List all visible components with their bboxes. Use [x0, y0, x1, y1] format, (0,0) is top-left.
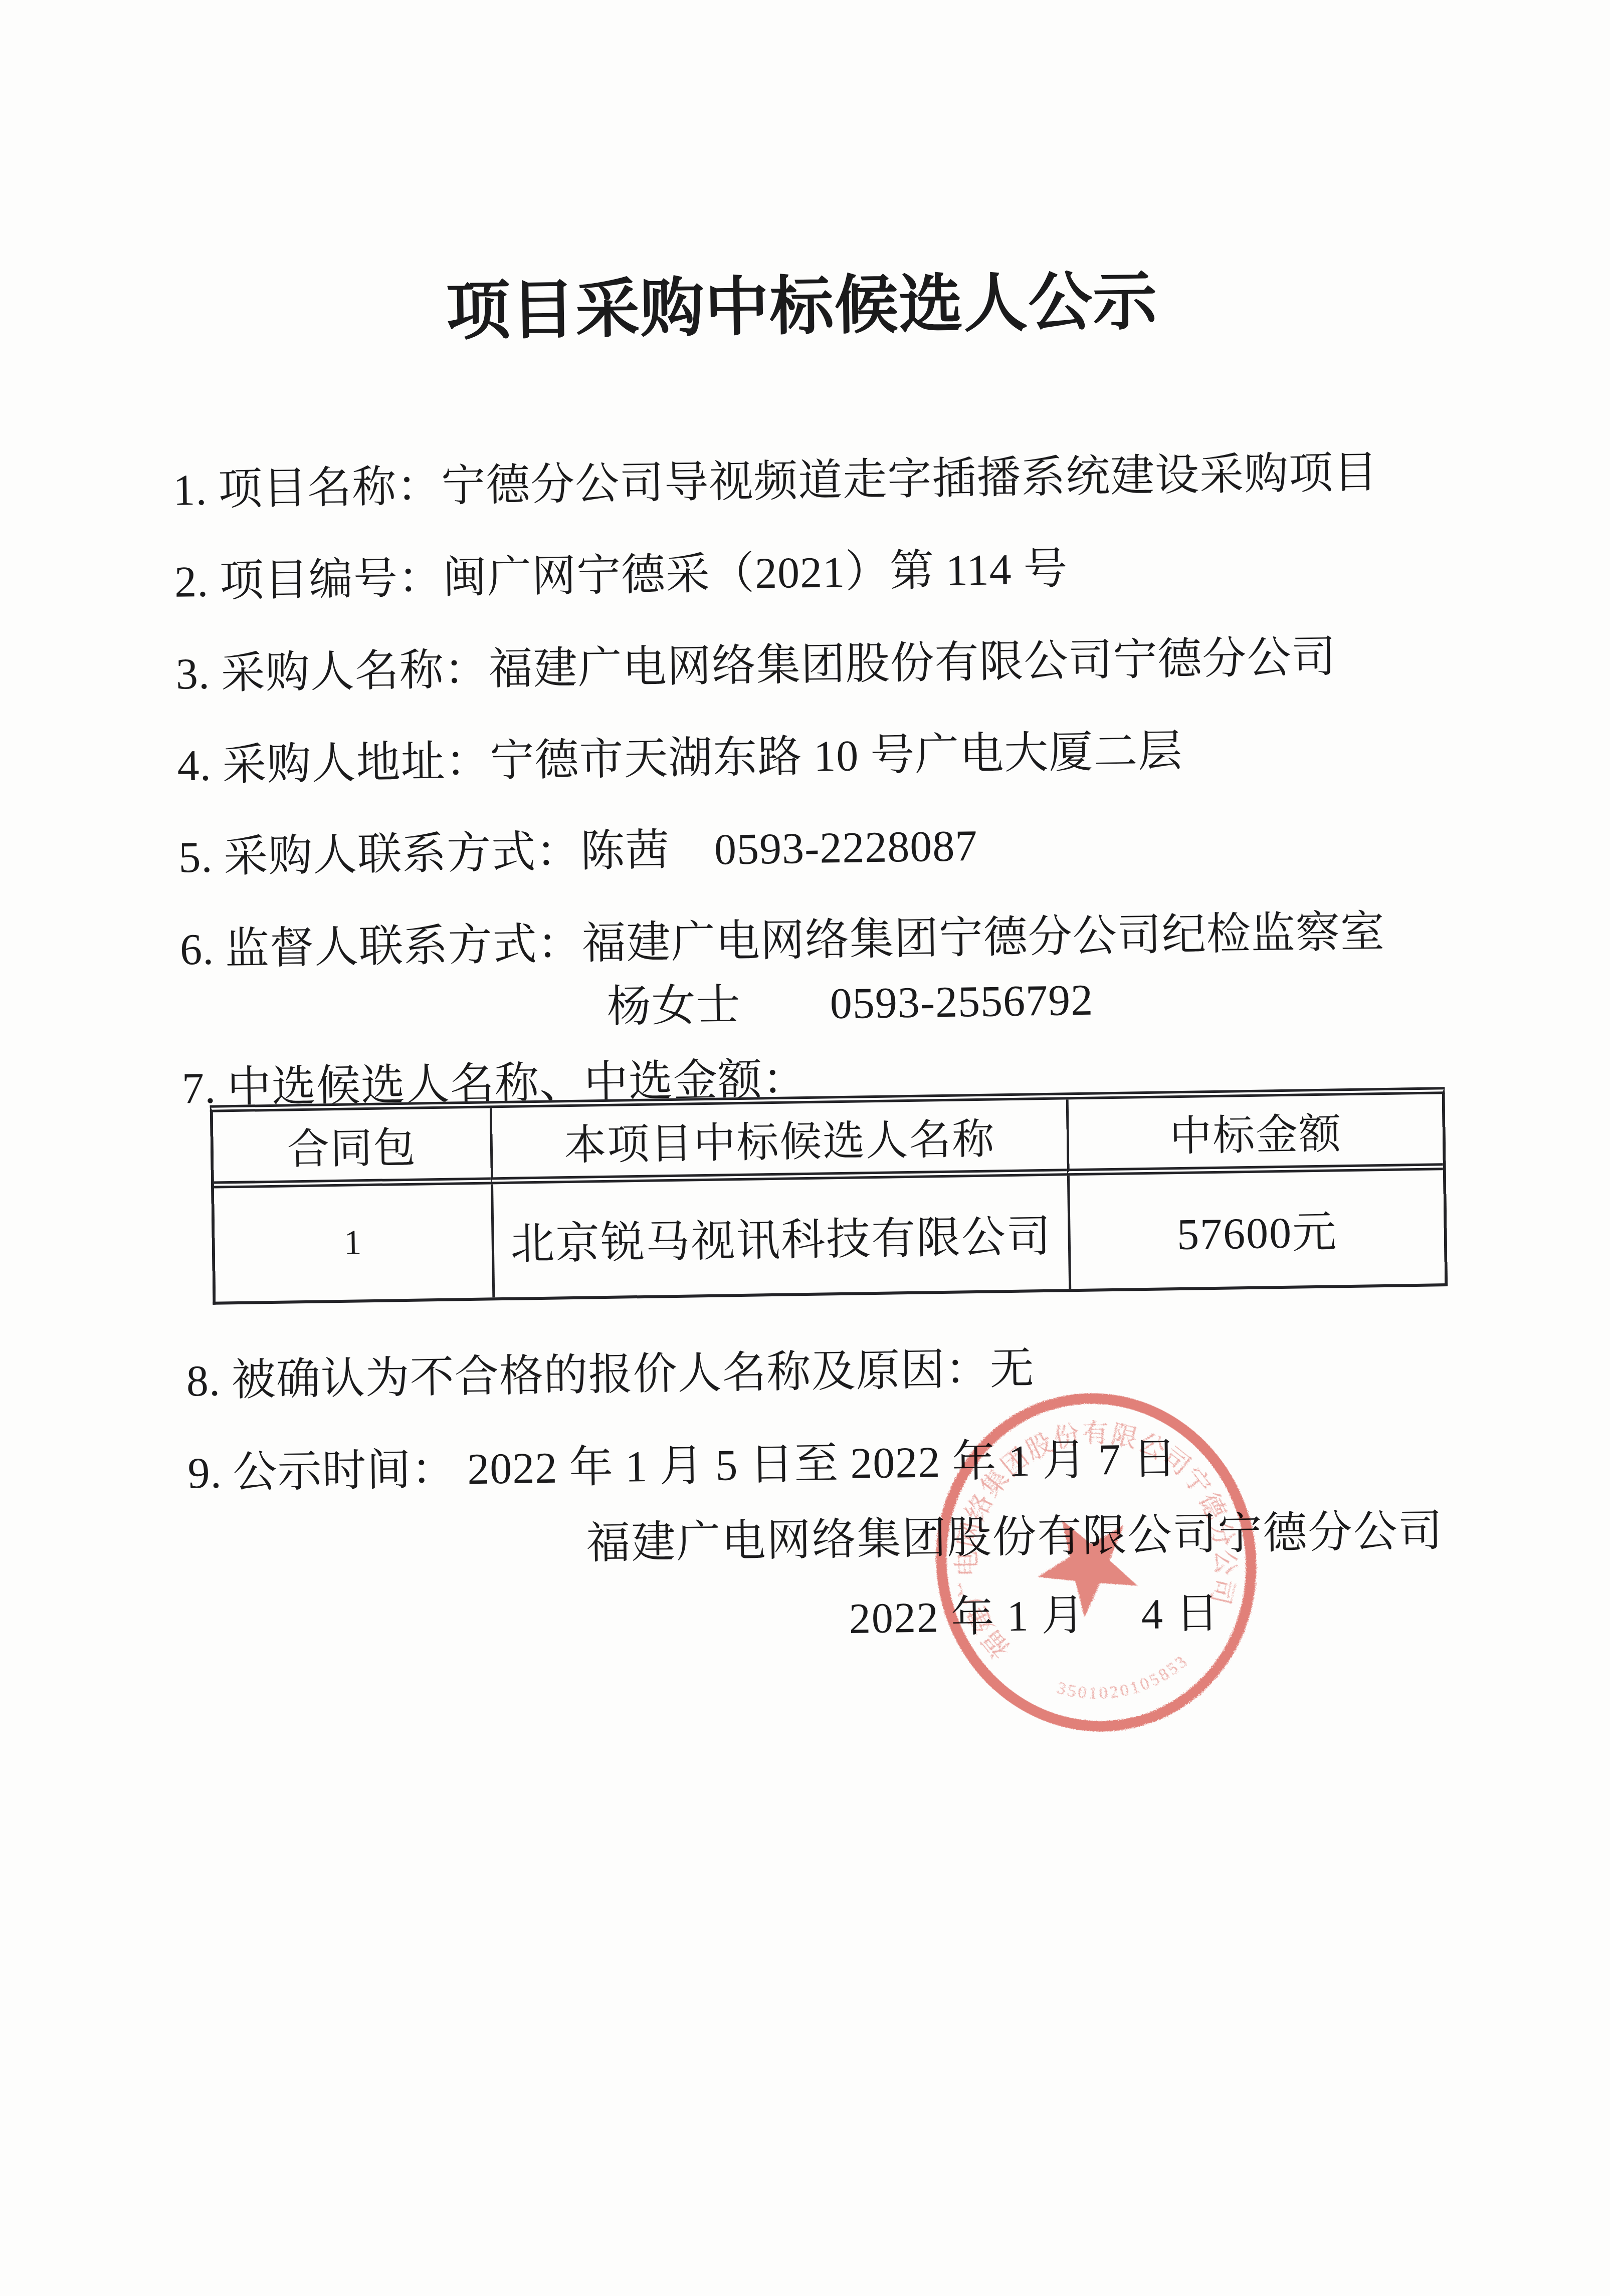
item-number: 1.: [173, 465, 208, 516]
list-item-4: 4.采购人地址：宁德市天湖东路 10 号广电大厦二层: [177, 726, 1183, 792]
item-number: 8.: [186, 1355, 221, 1407]
item-text: 项目名称：宁德分公司导视频道走字插播系统建设采购项目: [218, 448, 1378, 514]
document-page: 项目采购中标候选人公示 1.项目名称：宁德分公司导视频道走字插播系统建设采购项目…: [0, 0, 1610, 2296]
item-number: 6.: [179, 925, 214, 976]
table-header-winner: 本项目中标候选人名称: [490, 1099, 1067, 1184]
item-text: 采购人联系方式：陈茜 0593-2228087: [224, 822, 978, 881]
item-number: 2.: [174, 557, 209, 608]
star-icon: [1019, 1494, 1154, 1628]
award-table: 合同包 本项目中标候选人名称 中标金额 1 北京锐马视讯科技有限公司 57600…: [210, 1087, 1448, 1305]
item-text: 项目编号：闽广网宁德采（2021）第 114 号: [219, 545, 1068, 606]
list-item-3: 3.采购人名称：福建广电网络集团股份有限公司宁德分公司: [175, 632, 1336, 700]
table-cell-winner: 北京锐马视讯科技有限公司: [491, 1176, 1069, 1297]
list-item-5: 5.采购人联系方式：陈茜 0593-2228087: [178, 821, 978, 883]
table-cell-package: 1: [214, 1184, 492, 1301]
item-number: 3.: [175, 649, 210, 700]
list-item-2: 2.项目编号：闽广网宁德采（2021）第 114 号: [174, 544, 1068, 608]
item-text: 被确认为不合格的报价人名称及原因：无: [231, 1344, 1035, 1405]
item-number: 4.: [177, 741, 212, 792]
list-item-1: 1.项目名称：宁德分公司导视频道走字插播系统建设采购项目: [173, 447, 1378, 516]
supervisor-contact-line: 杨女士 0593-2556792: [607, 975, 1094, 1033]
page-title: 项目采购中标候选人公示: [446, 267, 1158, 348]
item-number: 5.: [178, 832, 213, 883]
item-number: 9.: [187, 1448, 222, 1499]
table-header-package: 合同包: [213, 1108, 491, 1188]
list-item-6: 6.监督人联系方式：福建广电网络集团宁德分公司纪检监察室: [179, 907, 1385, 976]
item-text: 采购人名称：福建广电网络集团股份有限公司宁德分公司: [221, 633, 1336, 698]
table-cell-amount: 57600元: [1067, 1170, 1445, 1289]
svg-text:福建广电网络集团股份有限公司宁德分公司: 福建广电网络集团股份有限公司宁德分公司: [925, 1391, 1252, 1668]
item-text: 监督人联系方式：福建广电网络集团宁德分公司纪检监察室: [225, 908, 1385, 974]
stamp-company-text: 福建广电网络集团股份有限公司宁德分公司: [925, 1391, 1252, 1668]
list-item-8: 8.被确认为不合格的报价人名称及原因：无: [186, 1343, 1035, 1407]
table-header-amount: 中标金额: [1066, 1094, 1443, 1176]
item-text: 采购人地址：宁德市天湖东路 10 号广电大厦二层: [222, 727, 1183, 790]
document-content: 项目采购中标候选人公示 1.项目名称：宁德分公司导视频道走字插播系统建设采购项目…: [0, 0, 1610, 2296]
